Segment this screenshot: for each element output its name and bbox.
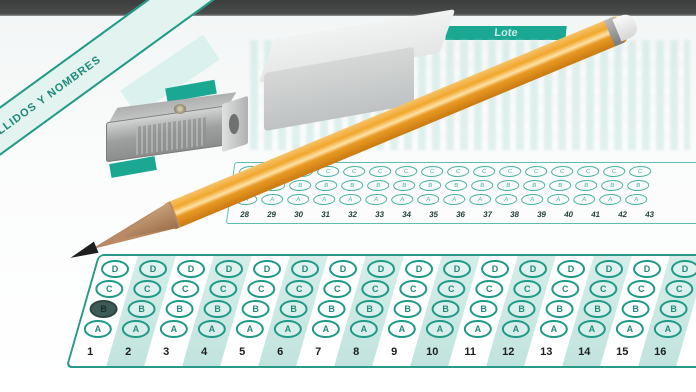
pencil-lead — [68, 242, 98, 264]
answer-bubble: B — [242, 300, 270, 318]
answer-bubble: A — [578, 320, 606, 338]
answer-bubble: C — [361, 280, 389, 298]
answer-bubble: C — [602, 166, 626, 177]
answer-bubble: B — [508, 300, 536, 318]
answer-bubble: B — [584, 300, 612, 318]
answer-bubble: C — [399, 280, 427, 298]
answer-bubble: B — [444, 180, 468, 191]
question-number: 8 — [344, 346, 368, 358]
answer-bubble: B — [204, 300, 232, 318]
answer-bubble: B — [496, 180, 520, 191]
answer-bubble: B — [622, 300, 650, 318]
answer-bubble: C — [475, 280, 503, 298]
question-number: 41 — [583, 210, 607, 219]
answer-bubble: A — [122, 320, 150, 338]
question-number: 1 — [78, 346, 102, 358]
photo-scene: Lote APELLIDOS Y NOMBRES CCCCCCCCCCCCCCC… — [0, 0, 696, 392]
answer-bubble: A — [350, 320, 378, 338]
question-number: 33 — [367, 210, 391, 219]
answer-bubble: C — [576, 166, 600, 177]
question-number: 36 — [448, 210, 472, 219]
answer-bubble: D — [291, 260, 319, 278]
answer-bubble: A — [502, 320, 530, 338]
answer-bubble: C — [420, 166, 444, 177]
question-number: 2 — [116, 346, 140, 358]
answer-bubble: B — [366, 180, 390, 191]
question-number: 35 — [421, 210, 445, 219]
answer-bubble: A — [312, 320, 340, 338]
answer-bubble: B — [418, 180, 442, 191]
answer-bubble: A — [468, 194, 492, 205]
answer-bubble: B — [470, 300, 498, 318]
answer-bubble: A — [364, 194, 388, 205]
answer-bubble: C — [627, 280, 655, 298]
question-number: 42 — [610, 210, 634, 219]
answer-bubble: C — [551, 280, 579, 298]
answer-bubble: B — [660, 300, 688, 318]
answer-bubble: C — [368, 166, 392, 177]
question-number: 31 — [313, 210, 337, 219]
answer-bubble: C — [285, 280, 313, 298]
question-number: 14 — [572, 346, 596, 358]
answer-bubble: B — [392, 180, 416, 191]
answer-bubble: B — [546, 300, 574, 318]
answer-bubble: C — [472, 166, 496, 177]
lote-label: Lote — [445, 26, 566, 40]
answer-bubble: A — [236, 320, 264, 338]
answer-bubble: D — [215, 260, 243, 278]
answer-bubble: C — [95, 280, 123, 298]
answer-bubble: B — [356, 300, 384, 318]
answer-bubble: C — [665, 280, 693, 298]
answer-bubble: B — [340, 180, 364, 191]
answer-bubble: C — [209, 280, 237, 298]
answer-bubble: B — [470, 180, 494, 191]
answer-bubble: D — [329, 260, 357, 278]
answer-bubble: C — [133, 280, 161, 298]
question-number: 32 — [340, 210, 364, 219]
answer-bubble: A — [312, 194, 336, 205]
answer-bubble: B — [128, 300, 156, 318]
answer-bubble: B — [90, 300, 118, 318]
option-row: BBBBBBBBBBBBBBBB — [236, 180, 696, 192]
question-number: 34 — [394, 210, 418, 219]
question-number: 30 — [286, 210, 310, 219]
answer-bubble: C — [628, 166, 652, 177]
sharpener-screw — [174, 104, 186, 114]
answer-bubble: B — [522, 180, 546, 191]
answer-bubble: C — [342, 166, 366, 177]
answer-bubble: C — [323, 280, 351, 298]
sharpener-hole — [229, 114, 239, 134]
answer-bubble: B — [432, 300, 460, 318]
answer-bubble: D — [481, 260, 509, 278]
answer-bubble: A — [160, 320, 188, 338]
question-number: 37 — [475, 210, 499, 219]
answer-bubble: A — [338, 194, 362, 205]
answer-bubble: A — [520, 194, 544, 205]
answer-bubble: C — [513, 280, 541, 298]
option-row: AAAAAAAAAAAAAAAA — [234, 194, 696, 206]
answer-bubble: C — [247, 280, 275, 298]
answer-bubble: D — [595, 260, 623, 278]
answer-bubble: A — [598, 194, 622, 205]
lote-tab: Lote — [445, 26, 566, 40]
answer-bubble: C — [446, 166, 470, 177]
question-number: 16 — [648, 346, 672, 358]
answer-bubble: A — [616, 320, 644, 338]
answer-bubble: A — [572, 194, 596, 205]
question-number: 13 — [534, 346, 558, 358]
answer-bubble: B — [314, 180, 338, 191]
answer-bubble: A — [540, 320, 568, 338]
answer-bubble: A — [274, 320, 302, 338]
question-number: 3 — [154, 346, 178, 358]
answer-bubble: A — [442, 194, 466, 205]
answer-bubble: D — [443, 260, 471, 278]
answer-bubble: B — [626, 180, 650, 191]
answer-bubble: A — [416, 194, 440, 205]
answer-bubble: D — [633, 260, 661, 278]
answer-bubble: C — [589, 280, 617, 298]
answer-bubble: C — [550, 166, 574, 177]
question-number: 28 — [232, 210, 256, 219]
bottom-answer-grid: DCBA1DCBA2DCBA3DCBA4DCBA5DCBA6DCBA7DCBA8… — [66, 254, 696, 368]
question-number: 15 — [610, 346, 634, 358]
answer-bubble: A — [494, 194, 518, 205]
question-number: 29 — [259, 210, 283, 219]
answer-columns: DCBA1DCBA2DCBA3DCBA4DCBA5DCBA6DCBA7DCBA8… — [68, 256, 696, 366]
question-number: 11 — [458, 346, 482, 358]
answer-bubble: D — [139, 260, 167, 278]
question-number: 10 — [420, 346, 444, 358]
answer-bubble: A — [464, 320, 492, 338]
question-number: 38 — [502, 210, 526, 219]
question-number: 5 — [230, 346, 254, 358]
answer-bubble: C — [171, 280, 199, 298]
answer-bubble: D — [557, 260, 585, 278]
question-number: 12 — [496, 346, 520, 358]
answer-bubble: A — [654, 320, 682, 338]
answer-bubble: A — [198, 320, 226, 338]
answer-bubble: D — [253, 260, 281, 278]
answer-bubble: D — [367, 260, 395, 278]
answer-bubble: A — [426, 320, 454, 338]
answer-bubble: A — [546, 194, 570, 205]
answer-bubble: B — [166, 300, 194, 318]
answer-bubble: A — [286, 194, 310, 205]
question-number: 9 — [382, 346, 406, 358]
question-number: 43 — [637, 210, 661, 219]
question-number: 7 — [306, 346, 330, 358]
answer-bubble: B — [600, 180, 624, 191]
answer-bubble: C — [437, 280, 465, 298]
answer-bubble: C — [498, 166, 522, 177]
answer-bubble: B — [318, 300, 346, 318]
question-number: 40 — [556, 210, 580, 219]
answer-bubble: B — [574, 180, 598, 191]
answer-bubble: B — [280, 300, 308, 318]
answer-bubble: A — [390, 194, 414, 205]
question-numbers: 28293031323334353637383940414243 — [232, 210, 661, 219]
answer-bubble: A — [624, 194, 648, 205]
answer-bubble: D — [405, 260, 433, 278]
answer-bubble: D — [177, 260, 205, 278]
answer-bubble: B — [394, 300, 422, 318]
question-number: 4 — [192, 346, 216, 358]
question-number: 6 — [268, 346, 292, 358]
answer-bubble: C — [524, 166, 548, 177]
answer-bubble: C — [394, 166, 418, 177]
answer-bubble: A — [260, 194, 284, 205]
answer-bubble: B — [548, 180, 572, 191]
answer-bubble: D — [671, 260, 696, 278]
sharpener — [106, 100, 246, 162]
answer-bubble: D — [101, 260, 129, 278]
answer-bubble: D — [519, 260, 547, 278]
answer-bubble: A — [84, 320, 112, 338]
answer-bubble: A — [388, 320, 416, 338]
question-number: 39 — [529, 210, 553, 219]
